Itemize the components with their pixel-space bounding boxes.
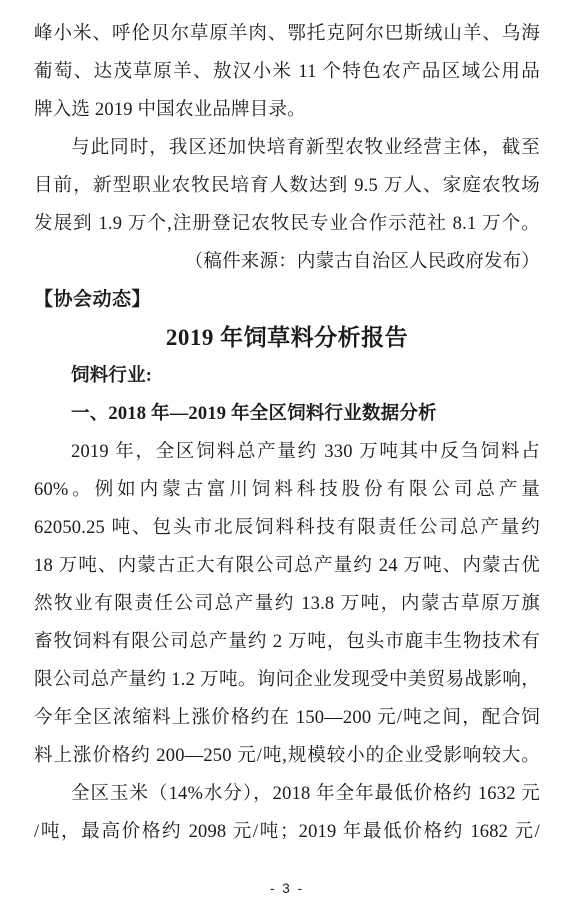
subheading-feed-industry: 饲料行业: — [34, 357, 540, 395]
text-line: 今年全区浓缩料上涨价格约在 150—200 元/吨之间，配合饲 — [34, 699, 540, 737]
text-line: 限公司总产量约 1.2 万吨。询问企业发现受中美贸易战影响， — [34, 661, 540, 699]
page-number: - 3 - — [0, 881, 574, 896]
section-label: 【协会动态】 — [34, 281, 540, 319]
text-line: 峰小米、呼伦贝尔草原羊肉、鄂托克阿尔巴斯绒山羊、乌海 — [34, 15, 540, 53]
text-line: /吨，最高价格约 2098 元/吨；2019 年最低价格约 1682 元/ — [34, 813, 540, 851]
text-line: 与此同时，我区还加快培育新型农牧业经营主体，截至 — [34, 129, 540, 167]
text-line: 60%。例如内蒙古富川饲料科技股份有限公司总产量 — [34, 471, 540, 509]
text-line: 目前，新型职业农牧民培育人数达到 9.5 万人、家庭农牧场 — [34, 167, 540, 205]
document-page: 峰小米、呼伦贝尔草原羊肉、鄂托克阿尔巴斯绒山羊、乌海 葡萄、达茂草原羊、敖汉小米… — [0, 0, 574, 916]
text-line: 全区玉米（14%水分），2018 年全年最低价格约 1632 元 — [34, 775, 540, 813]
text-line: 葡萄、达茂草原羊、敖汉小米 11 个特色农产品区域公用品 — [34, 53, 540, 91]
text-line: 然牧业有限责任公司总产量约 13.8 万吨，内蒙古草原万旗 — [34, 585, 540, 623]
report-title: 2019 年饲草料分析报告 — [34, 319, 540, 357]
text-line: 料上涨价格约 200—250 元/吨,规模较小的企业受影响较大。 — [34, 737, 540, 775]
text-line: 牌入选 2019 中国农业品牌目录。 — [34, 91, 540, 129]
source-credit: （稿件来源：内蒙古自治区人民政府发布） — [34, 243, 540, 281]
text-line: 18 万吨、内蒙古正大有限公司总产量约 24 万吨、内蒙古优 — [34, 547, 540, 585]
heading-section-one: 一、2018 年—2019 年全区饲料行业数据分析 — [34, 395, 540, 433]
text-line: 畜牧饲料有限公司总产量约 2 万吨，包头市鹿丰生物技术有 — [34, 623, 540, 661]
text-line: 发展到 1.9 万个,注册登记农牧民专业合作示范社 8.1 万个。 — [34, 205, 540, 243]
text-line: 2019 年，全区饲料总产量约 330 万吨其中反刍饲料占 — [34, 433, 540, 471]
text-line: 62050.25 吨、包头市北辰饲料科技有限责任公司总产量约 — [34, 509, 540, 547]
